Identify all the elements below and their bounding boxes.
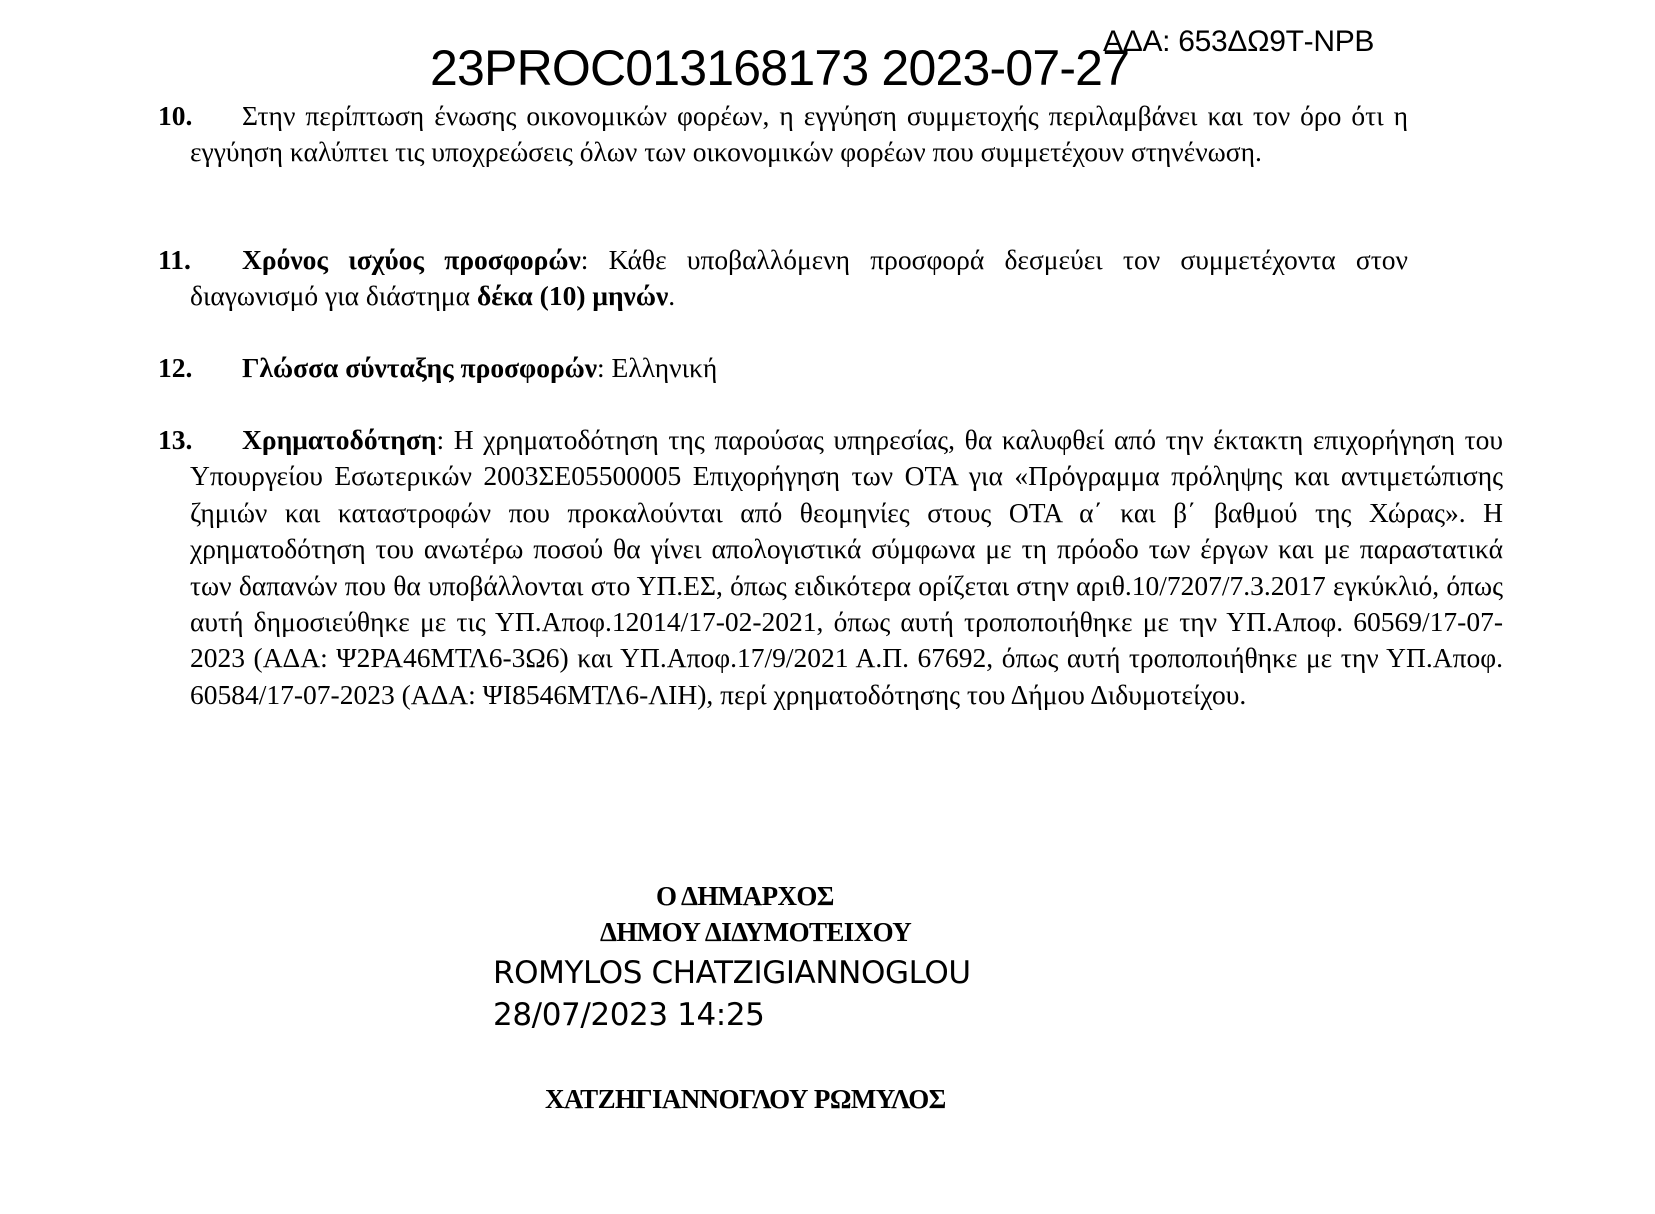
clause-10: 10. Στην περίπτωση ένωσης οικονομικών φο… bbox=[158, 98, 1408, 171]
ada-code: ΑΔΑ: 653ΔΩ9Τ-ΝΡΒ bbox=[1103, 24, 1374, 60]
clause-body-text: : Η χρηματοδότηση της παρούσας υπηρεσίας… bbox=[190, 424, 1503, 710]
clause-text: Στην περίπτωση ένωσης οικονομικών φορέων… bbox=[190, 98, 1408, 171]
clause-heading: Γλώσσα σύνταξης προσφορών bbox=[242, 352, 597, 383]
clause-12: 12. Γλώσσα σύνταξης προσφορών: Ελληνική bbox=[158, 350, 1408, 386]
procurement-id: 23PROC013168173 2023-07-27 bbox=[430, 38, 1129, 98]
clause-body-text: Στην περίπτωση ένωσης οικονομικών φορέων… bbox=[190, 100, 1408, 167]
clause-heading: Χρόνος ισχύος προσφορών bbox=[242, 244, 581, 275]
clause-number: 12. bbox=[158, 350, 192, 386]
clause-heading: Χρηματοδότηση bbox=[242, 424, 436, 455]
clause-body-text: . bbox=[668, 280, 675, 311]
digital-signature-datetime: 28/07/2023 14:25 bbox=[493, 996, 764, 1034]
clause-13: 13. Χρηματοδότηση: Η χρηματοδότηση της π… bbox=[158, 422, 1503, 713]
clause-text: Χρόνος ισχύος προσφορών: Κάθε υποβαλλόμε… bbox=[190, 242, 1408, 315]
clause-number: 10. bbox=[158, 98, 192, 134]
clause-body-text: : Ελληνική bbox=[597, 352, 717, 383]
digital-signature-name: ROMYLOS CHATZIGIANNOGLOU bbox=[493, 954, 971, 992]
signatory-title: Ο ΔΗΜΑΡΧΟΣ bbox=[656, 879, 834, 913]
clause-number: 13. bbox=[158, 422, 192, 458]
signer-name: ΧΑΤΖΗΓΙΑΝΝΟΓΛΟΥ ΡΩΜΥΛΟΣ bbox=[545, 1082, 946, 1116]
clause-text: Γλώσσα σύνταξης προσφορών: Ελληνική bbox=[190, 350, 1408, 386]
municipality-title: ΔΗΜΟΥ ΔΙΔΥΜΟΤΕΙΧΟΥ bbox=[600, 915, 911, 949]
clause-emphasis: δέκα (10) μηνών bbox=[477, 280, 668, 311]
clause-11: 11. Χρόνος ισχύος προσφορών: Κάθε υποβαλ… bbox=[158, 242, 1408, 315]
clause-text: Χρηματοδότηση: Η χρηματοδότηση της παρού… bbox=[190, 422, 1503, 713]
clause-number: 11. bbox=[158, 242, 191, 278]
